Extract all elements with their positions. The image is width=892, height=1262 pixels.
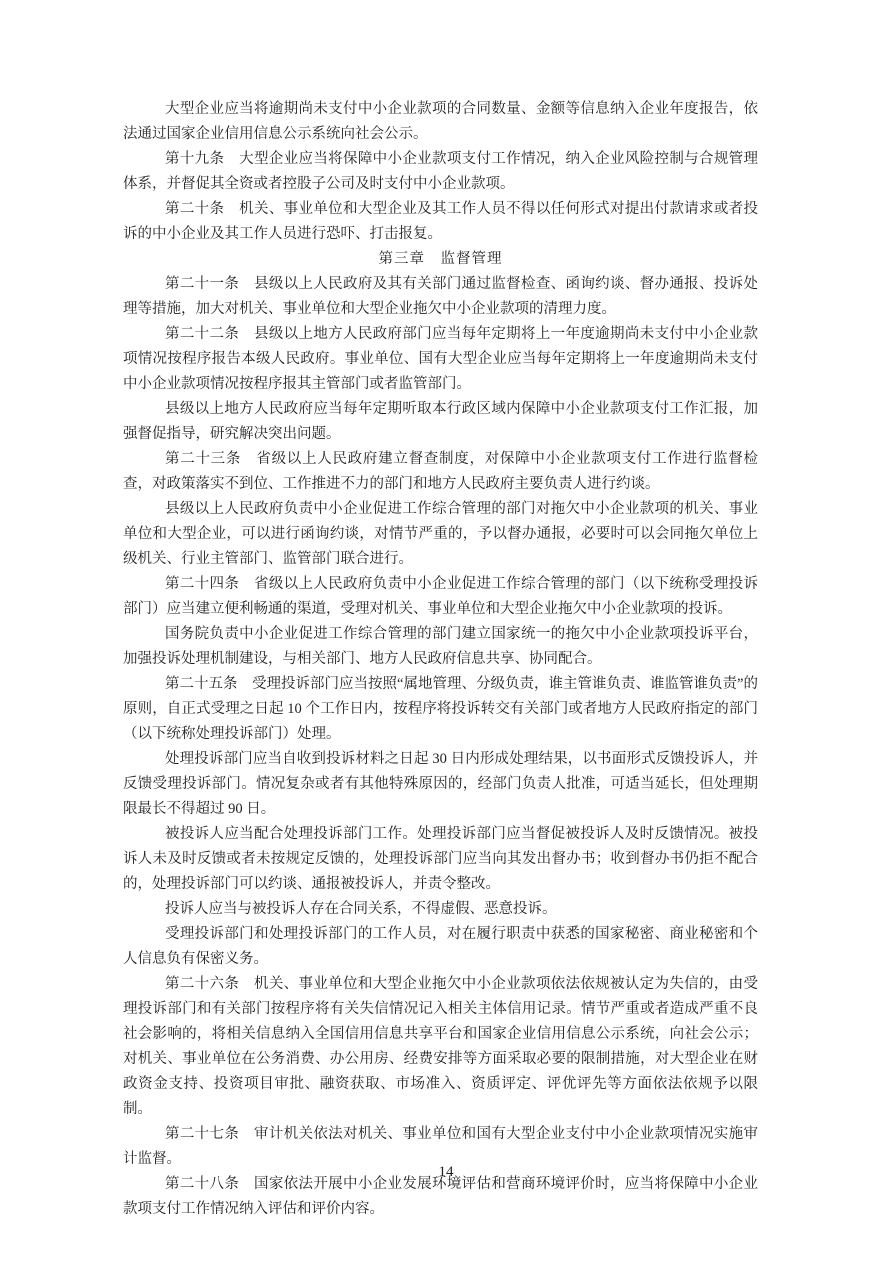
- paragraph: 第十九条 大型企业应当将保障中小企业款项支付工作情况，纳入企业风险控制与合规管理…: [123, 147, 758, 197]
- paragraph: 第二十六条 机关、事业单位和大型企业拖欠中小企业款项依法依规被认定为失信的，由受…: [123, 972, 758, 1122]
- paragraph: 大型企业应当将逾期尚未支付中小企业款项的合同数量、金额等信息纳入企业年度报告，依…: [123, 97, 758, 147]
- paragraph: 国务院负责中小企业促进工作综合管理的部门建立国家统一的拖欠中小企业款项投诉平台，…: [123, 622, 758, 672]
- page-number: 14: [0, 1162, 892, 1182]
- document-page: 大型企业应当将逾期尚未支付中小企业款项的合同数量、金额等信息纳入企业年度报告，依…: [0, 0, 892, 1262]
- paragraph: 第二十五条 受理投诉部门应当按照“属地管理、分级负责，谁主管谁负责、谁监管谁负责…: [123, 672, 758, 747]
- paragraph: 被投诉人应当配合处理投诉部门工作。处理投诉部门应当督促被投诉人及时反馈情况。被投…: [123, 822, 758, 897]
- paragraph: 第二十三条 省级以上人民政府建立督查制度，对保障中小企业款项支付工作进行监督检查…: [123, 447, 758, 497]
- document-body: 大型企业应当将逾期尚未支付中小企业款项的合同数量、金额等信息纳入企业年度报告，依…: [123, 97, 758, 1222]
- paragraph: 县级以上地方人民政府应当每年定期听取本行政区域内保障中小企业款项支付工作汇报，加…: [123, 397, 758, 447]
- paragraph: 第二十二条 县级以上地方人民政府部门应当每年定期将上一年度逾期尚未支付中小企业款…: [123, 322, 758, 397]
- paragraph: 第二十四条 省级以上人民政府负责中小企业促进工作综合管理的部门（以下统称受理投诉…: [123, 572, 758, 622]
- paragraph: 受理投诉部门和处理投诉部门的工作人员，对在履行职责中获悉的国家秘密、商业秘密和个…: [123, 922, 758, 972]
- paragraph: 投诉人应当与被投诉人存在合同关系，不得虚假、恶意投诉。: [123, 897, 758, 922]
- paragraph: 县级以上人民政府负责中小企业促进工作综合管理的部门对拖欠中小企业款项的机关、事业…: [123, 497, 758, 572]
- paragraph: 第二十一条 县级以上人民政府及其有关部门通过监督检查、函询约谈、督办通报、投诉处…: [123, 272, 758, 322]
- paragraph: 处理投诉部门应当自收到投诉材料之日起 30 日内形成处理结果，以书面形式反馈投诉…: [123, 747, 758, 822]
- chapter-heading: 第三章 监督管理: [123, 247, 758, 272]
- paragraph: 第二十条 机关、事业单位和大型企业及其工作人员不得以任何形式对提出付款请求或者投…: [123, 197, 758, 247]
